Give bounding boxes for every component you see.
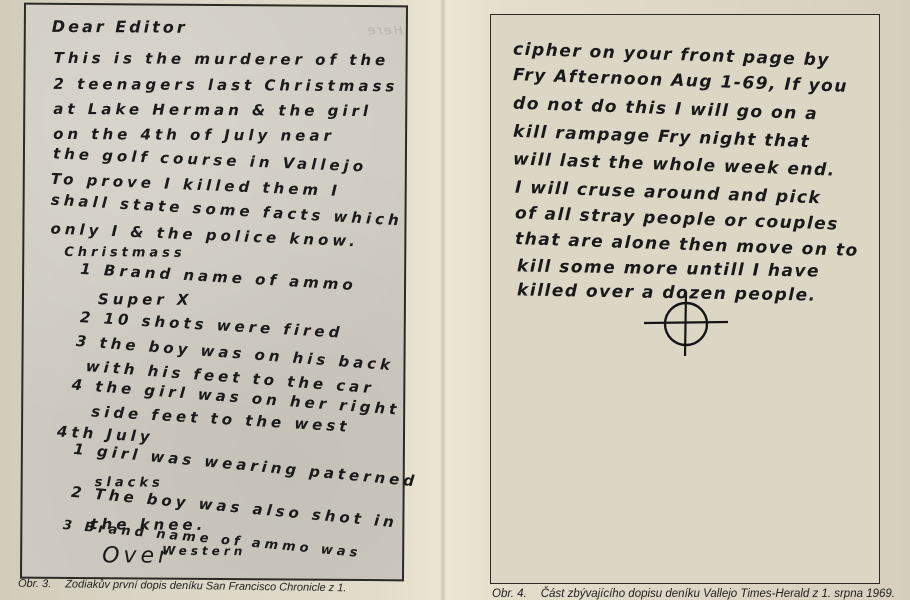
letter-line: kill some more untill I have [517,256,820,281]
letter-line: This is the murderer of the [54,49,390,69]
letter-line: 2 teenagers last Christmass [53,75,398,95]
letter-line: on the 4th of July near [53,125,335,145]
letter-salutation: Dear Editor [52,17,188,37]
book-gutter [440,0,446,600]
letter-line: Super X [98,290,193,309]
letter-line: 1 Brand name of ammo [80,260,357,294]
letter-line: will last the whole week end. [513,149,836,180]
letter-line: I will cruse around and pick [515,178,822,209]
caption-text: Část zbývajícího dopisu deníku Vallejo T… [541,588,895,600]
left-letter-reproduction: Here Dear Editor This is the murderer of… [20,3,408,582]
bleed-through-text: Here [366,23,403,37]
letter-line: at Lake Herman & the girl [53,100,372,120]
letter-line: Fry Afternoon Aug 1-69, If you [513,65,848,97]
letter-line: Western [162,544,246,559]
crossed-circle-symbol-icon [640,290,730,360]
figure-caption-right: Obr. 4.Část zbývajícího dopisu deníku Va… [492,588,895,600]
letter-line: kill rampage Fry night that [513,122,811,152]
caption-number: Obr. 3. [18,578,51,590]
letter-line: do not do this I will go on a [513,94,819,125]
letter-line: that are alone then move on to [515,229,859,261]
caption-number: Obr. 4. [492,588,527,600]
letter-line: Over [102,543,171,568]
letter-line: Christmass [64,245,186,261]
